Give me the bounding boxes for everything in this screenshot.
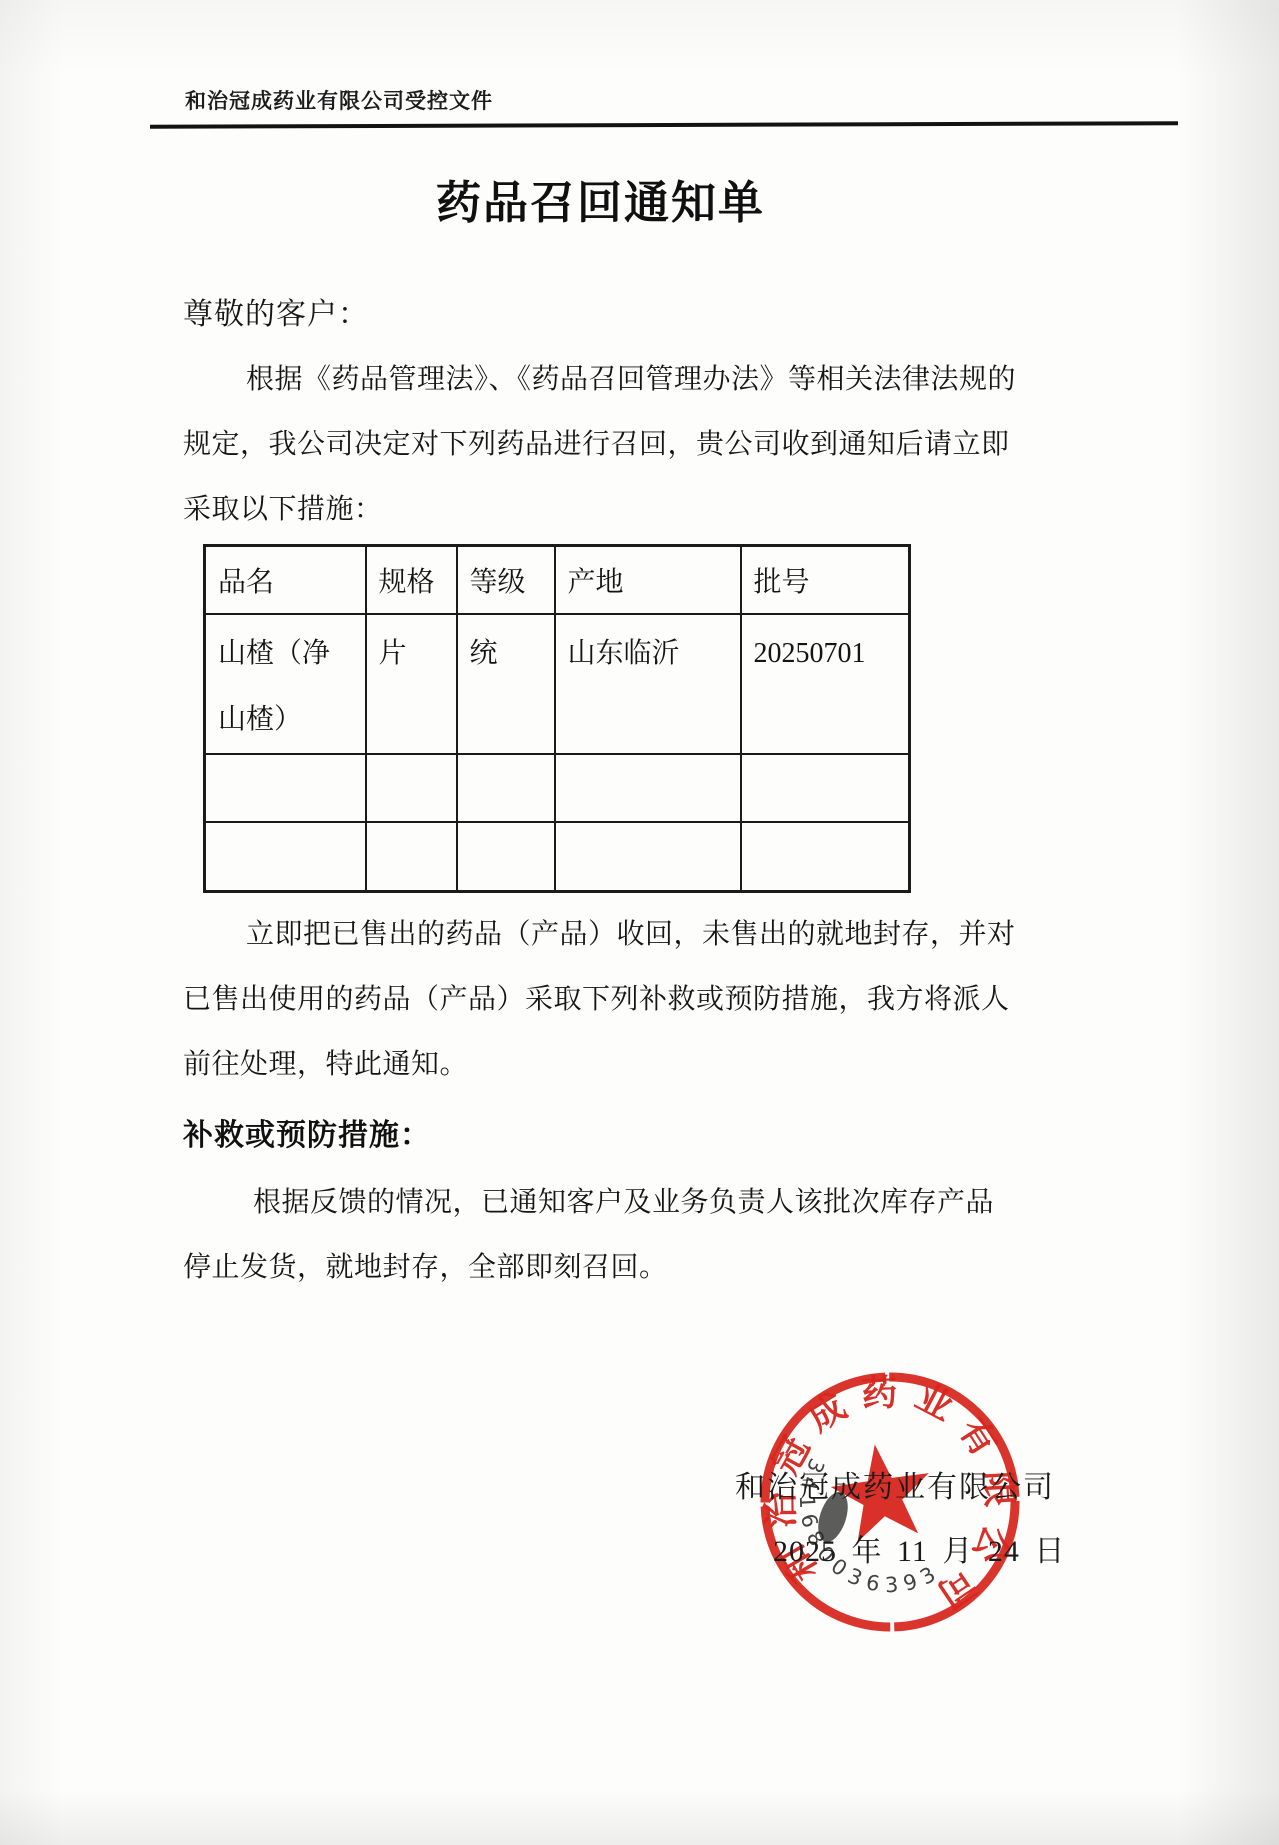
cell-spec: 片: [366, 614, 457, 754]
col-header-product-name: 品名: [205, 546, 366, 614]
signature-company: 和治冠成药业有限公司: [735, 1462, 1055, 1506]
empty-cell: [205, 754, 366, 822]
page-title: 药品召回通知单: [436, 166, 765, 231]
empty-cell: [555, 822, 741, 892]
notice-line-2: 已售出使用的药品（产品）采取下列补救或预防措施，我方将派人: [183, 977, 1010, 1017]
empty-cell: [366, 754, 457, 822]
recall-table: 品名 规格 等级 产地 批号 山楂（净山楂） 片 统 山东临沂 20250701: [203, 544, 911, 893]
table-row-empty: [205, 754, 910, 822]
empty-cell: [457, 822, 555, 892]
empty-cell: [741, 822, 910, 892]
empty-cell: [741, 754, 910, 822]
intro-line-2: 规定，我公司决定对下列药品进行召回，贵公司收到通知后请立即: [183, 422, 1010, 462]
intro-line-1: 根据《药品管理法》、《药品召回管理办法》等相关法律法规的: [246, 357, 1016, 397]
table-header-row: 品名 规格 等级 产地 批号: [205, 546, 910, 614]
col-header-origin: 产地: [555, 546, 741, 614]
cell-batch: 20250701: [741, 614, 910, 754]
salutation: 尊敬的客户：: [183, 289, 369, 333]
notice-line-1: 立即把已售出的药品（产品）收回，未售出的就地封存，并对: [246, 912, 1016, 952]
cell-origin: 山东临沂: [555, 614, 741, 754]
measures-line-2: 停止发货，就地封存，全部即刻召回。: [183, 1245, 668, 1285]
controlled-document-header: 和治冠成药业有限公司受控文件: [185, 85, 493, 115]
notice-line-3: 前往处理，特此通知。: [183, 1042, 468, 1082]
col-header-grade: 等级: [457, 546, 555, 614]
header-rule: [150, 121, 1178, 129]
empty-cell: [457, 754, 555, 822]
table-row: 山楂（净山楂） 片 统 山东临沂 20250701: [205, 614, 910, 754]
measures-line-1: 根据反馈的情况，已通知客户及业务负责人该批次库存产品: [253, 1180, 994, 1220]
recall-notice-page: 和治冠成药业有限公司受控文件 药品召回通知单 尊敬的客户： 根据《药品管理法》、…: [0, 0, 1279, 1845]
cell-grade: 统: [457, 614, 555, 754]
empty-cell: [555, 754, 741, 822]
measures-heading: 补救或预防措施：: [183, 1110, 431, 1154]
signature-date: 2025 年 11 月 24 日: [773, 1526, 1065, 1570]
intro-line-3: 采取以下措施：: [183, 487, 383, 527]
col-header-batch: 批号: [741, 546, 910, 614]
col-header-spec: 规格: [366, 546, 457, 614]
cell-product-name: 山楂（净山楂）: [205, 614, 366, 754]
empty-cell: [366, 822, 457, 892]
table-row-empty: [205, 822, 910, 892]
empty-cell: [205, 822, 366, 892]
